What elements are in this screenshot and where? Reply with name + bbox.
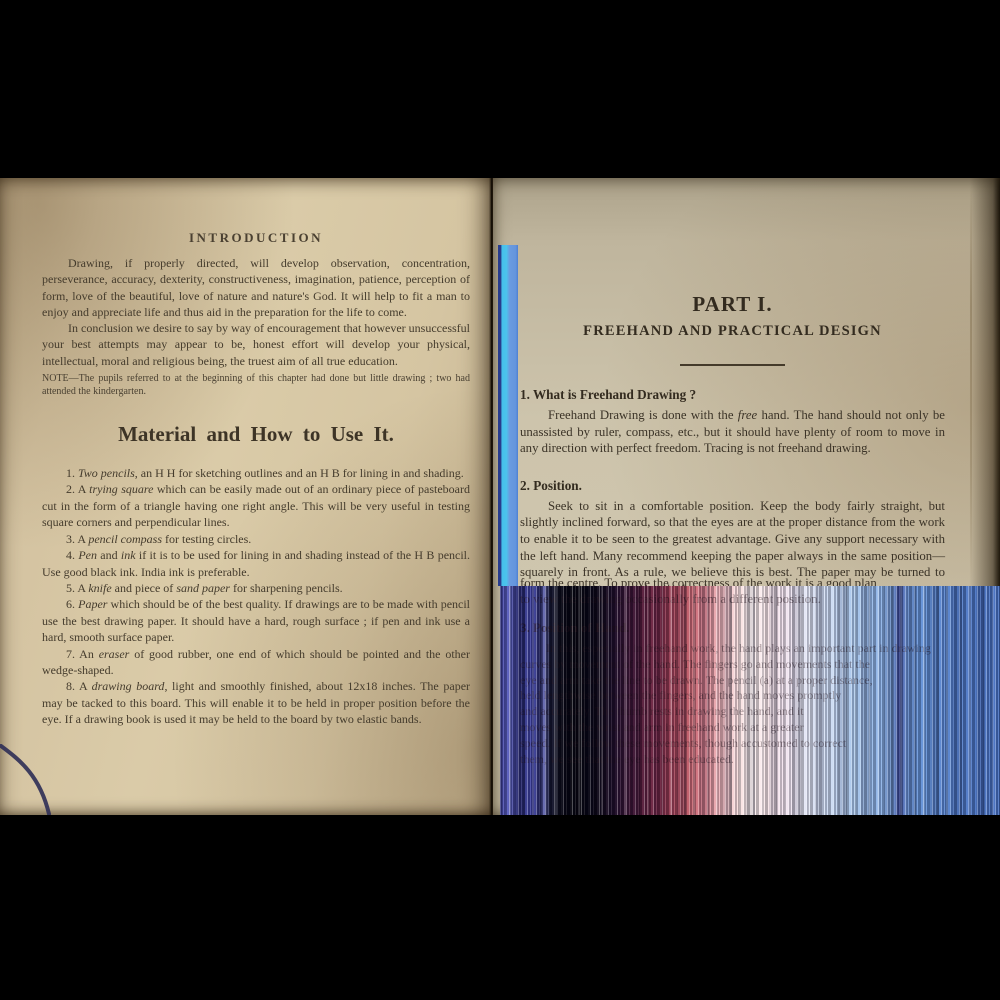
section-1-heading: 1. What is Freehand Drawing ? <box>520 387 945 403</box>
scanned-book-photo: INTRODUCTION Drawing, if properly direct… <box>0 0 1000 1000</box>
introduction-paragraphs: Drawing, if properly directed, will deve… <box>42 255 470 369</box>
footnote: NOTE—The pupils referred to at the begin… <box>42 373 470 398</box>
section-title: Material and How to Use It. <box>42 422 470 447</box>
ghost-text-line: speed. If we follow these movements, tho… <box>520 736 975 752</box>
section-2-heading: 2. Position. <box>520 478 945 494</box>
list-item: 1. Two pencils, an H H for sketching out… <box>42 465 470 481</box>
title-rule <box>680 364 785 366</box>
ghost-text-line: curves by movement of the hand. The fing… <box>520 657 975 673</box>
ghost-text-line: them, we see that the eye has been educa… <box>520 752 975 768</box>
list-item: 2. A trying square which can be easily m… <box>42 481 470 530</box>
letterbox-top <box>0 0 1000 178</box>
list-item: 3. A pencil compass for testing circles. <box>42 531 470 547</box>
ghost-text-line: moves with the wrist and arm in freehand… <box>520 720 975 736</box>
ghost-text-line: In this, especially in freehand work, th… <box>520 641 975 657</box>
materials-list: 1. Two pencils, an H H for sketching out… <box>42 465 470 728</box>
part-title: PART I. <box>520 292 945 317</box>
scan-artifact-stripe <box>498 245 518 586</box>
list-item: 4. Pen and ink if it is to be used for l… <box>42 547 470 580</box>
ghost-text-line: to view the drawing occasionally from a … <box>520 592 980 607</box>
list-item: 7. An eraser of good rubber, one end of … <box>42 646 470 679</box>
ghost-text-line: and accurately. The thumb rests in drawi… <box>520 704 975 720</box>
book-spread: INTRODUCTION Drawing, if properly direct… <box>0 178 1000 815</box>
section-1-paragraph: Freehand Drawing is done with the free h… <box>520 407 945 457</box>
ghost-text-line: held lengthwise between the fingers, and… <box>520 688 975 704</box>
right-page: PART I. FREEHAND AND PRACTICAL DESIGN 1.… <box>493 178 1000 815</box>
right-page-text-block: PART I. FREEHAND AND PRACTICAL DESIGN 1.… <box>520 178 945 597</box>
ghost-paragraph: In this, especially in freehand work, th… <box>520 641 975 767</box>
page-crease <box>970 186 972 586</box>
list-item: 6. Paper which should be of the best qua… <box>42 596 470 645</box>
ghost-section-3-heading: 3. Position of Hand. <box>520 620 629 636</box>
paragraph: In conclusion we desire to say by way of… <box>42 320 470 369</box>
ghost-text-line: eye and arm take the line to be drawn. T… <box>520 673 975 689</box>
paragraph: Drawing, if properly directed, will deve… <box>42 255 470 320</box>
list-item: 8. A drawing board, light and smoothly f… <box>42 678 470 727</box>
chapter-header: INTRODUCTION <box>42 230 470 246</box>
ink-mark <box>0 744 62 815</box>
left-page: INTRODUCTION Drawing, if properly direct… <box>0 178 491 815</box>
list-item: 5. A knife and piece of sand paper for s… <box>42 580 470 596</box>
part-subtitle: FREEHAND AND PRACTICAL DESIGN <box>520 323 945 340</box>
left-page-text-block: INTRODUCTION Drawing, if properly direct… <box>42 178 470 728</box>
glitch-corruption-band: to view the drawing occasionally from a … <box>500 586 1000 815</box>
letterbox-bottom <box>0 815 1000 1000</box>
